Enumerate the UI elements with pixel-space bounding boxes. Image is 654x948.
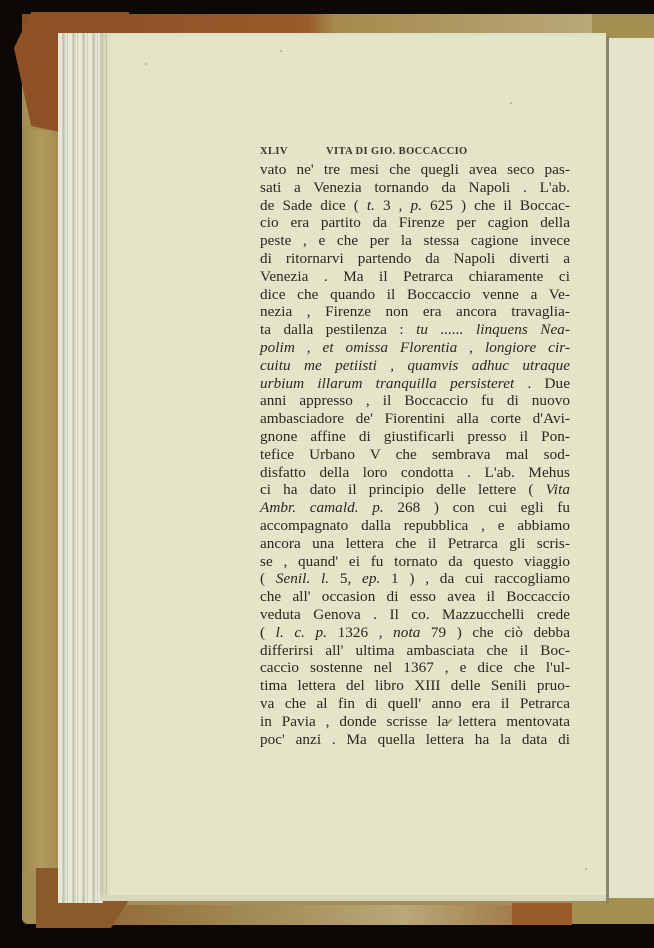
text-line: cuitu me petiisti , quamvis adhuc utraqu…	[260, 357, 570, 375]
italic-span: cuitu me petiisti , quamvis adhuc utraqu…	[260, 357, 570, 374]
text-line: vato ne' tre mesi che quegli avea seco p…	[260, 161, 570, 179]
facing-page	[609, 38, 654, 898]
text-span: caccio sostenne nel 1367 , e dice che l'…	[260, 659, 570, 676]
text-span: anni appresso , il Boccaccio fu di nuovo	[260, 392, 570, 409]
text-span: cio era partito da Firenze per cagion de…	[260, 214, 570, 231]
leather-patch-bottom	[512, 903, 572, 925]
italic-span: nota	[393, 624, 420, 641]
text-span: 79 ) che ciò debba	[420, 624, 570, 641]
text-span: ci ha dato il principio delle lettere (	[260, 481, 546, 498]
text-line: Venezia . Ma il Petrarca chiaramente ci	[260, 268, 570, 286]
text-line: ta dalla pestilenza : tu ...... linquens…	[260, 321, 570, 339]
text-span: tima lettera del libro XIII delle Senili…	[260, 677, 570, 694]
italic-span: l. c. p.	[276, 624, 327, 641]
text-span: 1 ) , da cui raccogliamo	[380, 570, 570, 587]
text-line: nezia , Firenze non era ancora travaglia…	[260, 303, 570, 321]
text-block: XLIV VITA DI GIO. BOCCACCIO vato ne' tre…	[260, 143, 570, 748]
paper-speck	[145, 63, 147, 65]
text-line: disfatto della loro condotta . L'ab. Meh…	[260, 464, 570, 482]
text-span: ta dalla pestilenza :	[260, 321, 416, 338]
text-line: ( Senil. l. 5, ep. 1 ) , da cui raccogli…	[260, 570, 570, 588]
text-span: 625 ) che il Boccac-	[422, 197, 570, 214]
text-line: poc' anzi . Ma quella lettera ha la data…	[260, 731, 570, 749]
text-line: se , quand' ei fu tornato da questo viag…	[260, 553, 570, 571]
text-line: differirsi all' ultima ambasciata che il…	[260, 642, 570, 660]
text-span: di ritornarvi partendo da Napoli diverti…	[260, 250, 570, 267]
text-span: Venezia . Ma il Petrarca chiaramente ci	[260, 268, 570, 285]
italic-span: Vita	[546, 481, 570, 498]
text-line: urbium illarum tranquilla persisteret . …	[260, 375, 570, 393]
text-line: di ritornarvi partendo da Napoli diverti…	[260, 250, 570, 268]
italic-span: Senil. l.	[276, 570, 329, 587]
text-line: Ambr. camald. p. 268 ) con cui egli fu	[260, 499, 570, 517]
text-line: accompagnato dalla repubblica , e abbiam…	[260, 517, 570, 535]
text-line: veduta Genova . Il co. Mazzucchelli cred…	[260, 606, 570, 624]
text-line: peste , e che per la stessa cagione inve…	[260, 232, 570, 250]
text-span: ambasciadore de' Fiorentini alla corte d…	[260, 410, 570, 427]
text-line: tefice Urbano V che sembrava mal sod-	[260, 446, 570, 464]
stacked-page-edges	[58, 33, 103, 903]
text-span: (	[260, 624, 276, 641]
text-line: in Pavia , donde scrisse la lettera ment…	[260, 713, 570, 731]
text-span: vato ne' tre mesi che quegli avea seco p…	[260, 161, 570, 178]
text-span: ancora una lettera che il Petrarca gli s…	[260, 535, 570, 552]
text-span: . Due	[514, 375, 570, 392]
text-span: 268 ) con cui egli fu	[384, 499, 570, 516]
text-span: accompagnato dalla repubblica , e abbiam…	[260, 517, 570, 534]
text-line: va che al fin di quell' anno era il Petr…	[260, 695, 570, 713]
text-span: (	[260, 570, 276, 587]
text-line: ci ha dato il principio delle lettere ( …	[260, 481, 570, 499]
page-bottom-edge	[100, 895, 606, 901]
paper-speck	[585, 868, 587, 870]
text-line: anni appresso , il Boccaccio fu di nuovo	[260, 392, 570, 410]
text-line: che all' occasion di esso avea il Boccac…	[260, 588, 570, 606]
italic-span: tu ...... linquens Nea-	[416, 321, 570, 338]
text-span: che all' occasion di esso avea il Boccac…	[260, 588, 570, 605]
italic-span: ep.	[362, 570, 380, 587]
text-line: ( l. c. p. 1326 , nota 79 ) che ciò debb…	[260, 624, 570, 642]
text-span: se , quand' ei fu tornato da questo viag…	[260, 553, 570, 570]
text-span: va che al fin di quell' anno era il Petr…	[260, 695, 570, 712]
page-number: XLIV	[260, 143, 326, 161]
paper-speck	[510, 102, 512, 104]
text-line: ambasciadore de' Fiorentini alla corte d…	[260, 410, 570, 428]
text-span: sati a Venezia tornando da Napoli . L'ab…	[260, 179, 570, 196]
text-span: peste , e che per la stessa cagione inve…	[260, 232, 570, 249]
text-span: nezia , Firenze non era ancora travaglia…	[260, 303, 570, 320]
text-line: cio era partito da Firenze per cagion de…	[260, 214, 570, 232]
text-line: polim , et omissa Florentia , longiore c…	[260, 339, 570, 357]
text-span: disfatto della loro condotta . L'ab. Meh…	[260, 464, 570, 481]
text-span: in Pavia , donde scrisse la lettera ment…	[260, 713, 570, 730]
text-span: 5,	[329, 570, 362, 587]
book-cover-left-edge	[22, 130, 60, 870]
text-line: caccio sostenne nel 1367 , e dice che l'…	[260, 659, 570, 677]
page-fold-line	[106, 34, 107, 901]
italic-span: polim , et omissa Florentia , longiore c…	[260, 339, 570, 356]
text-line: tima lettera del libro XIII delle Senili…	[260, 677, 570, 695]
italic-span: urbium illarum tranquilla persisteret	[260, 375, 514, 392]
text-span: poc' anzi . Ma quella lettera ha la data…	[260, 731, 570, 748]
text-span: differirsi all' ultima ambasciata che il…	[260, 642, 570, 659]
italic-span: p.	[411, 197, 423, 214]
paper-speck	[280, 50, 282, 52]
running-head: XLIV VITA DI GIO. BOCCACCIO	[260, 143, 570, 161]
text-span: veduta Genova . Il co. Mazzucchelli cred…	[260, 606, 570, 623]
text-span: dice che quando il Boccaccio venne a Ve-	[260, 286, 570, 303]
italic-span: Ambr. camald. p.	[260, 499, 384, 516]
text-span: tefice Urbano V che sembrava mal sod-	[260, 446, 570, 463]
text-line: sati a Venezia tornando da Napoli . L'ab…	[260, 179, 570, 197]
text-span: de Sade dice (	[260, 197, 367, 214]
text-line: dice che quando il Boccaccio venne a Ve-	[260, 286, 570, 304]
italic-span: t.	[367, 197, 375, 214]
running-title: VITA DI GIO. BOCCACCIO	[326, 143, 468, 161]
text-span: gnone affine di giustificarli presso il …	[260, 428, 570, 445]
text-line: ancora una lettera che il Petrarca gli s…	[260, 535, 570, 553]
body-text: vato ne' tre mesi che quegli avea seco p…	[260, 161, 570, 748]
text-line: de Sade dice ( t. 3 , p. 625 ) che il Bo…	[260, 197, 570, 215]
text-line: gnone affine di giustificarli presso il …	[260, 428, 570, 446]
text-span: 1326 ,	[327, 624, 393, 641]
text-span: 3 ,	[375, 197, 411, 214]
